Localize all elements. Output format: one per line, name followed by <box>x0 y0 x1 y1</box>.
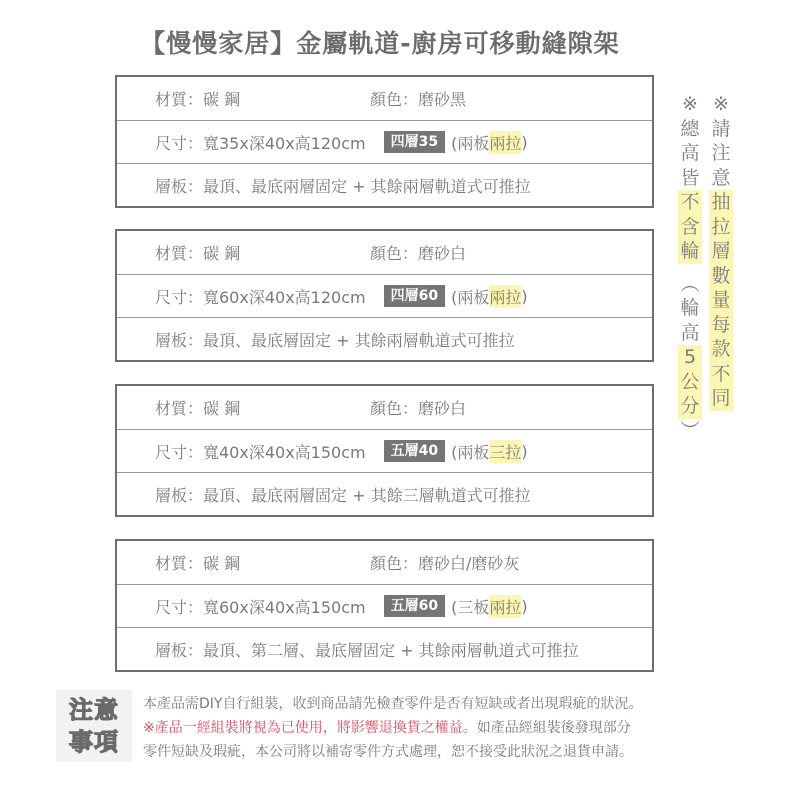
boards-highlight: 三拉 <box>489 440 521 463</box>
side-note-highlight: 5公分 <box>678 345 702 419</box>
boards-open: (兩板 <box>451 440 489 463</box>
color-label: 顏色：磨砂白 <box>370 396 466 419</box>
model-badge: 四層60 <box>384 285 445 307</box>
side-note-paren-open: ︵ <box>678 272 702 297</box>
shelves-label: 層板：最頂、最底層固定 + 其餘兩層軌道式可推拉 <box>155 328 515 351</box>
boards-close: ) <box>521 597 527 616</box>
notice-label-line1: 注意 <box>69 694 119 726</box>
boards-open: (三板 <box>451 595 489 618</box>
notice-label-line2: 事項 <box>69 726 119 758</box>
side-note-highlight: 抽拉層數量每款不同 <box>709 190 733 411</box>
material-color-row: 材質：碳 鋼 顏色：磨砂白/磨砂灰 <box>117 541 652 584</box>
material-color-row: 材質：碳 鋼 顏色：磨砂白 <box>117 386 652 429</box>
side-note-highlight: 不含輪 <box>678 190 702 264</box>
material-color-row: 材質：碳 鋼 顏色：磨砂白 <box>117 231 652 274</box>
side-note-total-height: ※總高皆 不含輪 ︵ 輪高 5公分 ︶ <box>678 92 702 443</box>
shelves-row: 層板：最頂、最底層固定 + 其餘兩層軌道式可推拉 <box>117 317 652 360</box>
side-note-plain: 輪高 <box>678 296 702 345</box>
color-label: 顏色：磨砂黑 <box>370 87 466 110</box>
model-badge: 五層40 <box>384 440 445 462</box>
notice-label: 注意 事項 <box>56 690 132 762</box>
notice-line-2: ※產品一經組裝將視為已使用，將影響退換貨之權益。如產品經組裝後發現部分 <box>143 716 763 740</box>
material-color-row: 材質：碳 鋼 顏色：磨砂黑 <box>117 77 652 120</box>
notice-line-2-rest: 如產品經組裝後發現部分 <box>477 720 631 736</box>
size-label: 尺寸：寬35x深40x高120cm <box>155 131 366 154</box>
size-row: 尺寸：寬35x深40x高120cm 四層35 (兩板兩拉) <box>117 120 652 163</box>
model-badge: 四層35 <box>384 131 445 153</box>
shelves-label: 層板：最頂、最底兩層固定 + 其餘兩層軌道式可推拉 <box>155 174 531 197</box>
boards-highlight: 兩拉 <box>489 131 521 154</box>
spec-card-3: 材質：碳 鋼 顏色：磨砂白 尺寸：寬40x深40x高150cm 五層40 (兩板… <box>115 384 654 517</box>
notice-warning: ※產品一經組裝將視為已使用，將影響退換貨之權益。 <box>143 720 477 736</box>
spec-card-1: 材質：碳 鋼 顏色：磨砂黑 尺寸：寬35x深40x高120cm 四層35 (兩板… <box>115 75 654 208</box>
size-row: 尺寸：寬60x深40x高120cm 四層60 (兩板兩拉) <box>117 274 652 317</box>
notice-text: 本產品需DIY自行組裝，收到商品請先檢查零件是否有短缺或者出現瑕疵的狀況。 ※產… <box>143 692 763 764</box>
side-note-plain: ※總高皆 <box>678 92 702 190</box>
material-label: 材質：碳 鋼 <box>155 551 370 574</box>
notice-line-3: 零件短缺及瑕疵，本公司將以補寄零件方式處理，恕不接受此狀況之退貨申請。 <box>143 740 763 764</box>
material-label: 材質：碳 鋼 <box>155 241 370 264</box>
page-title: 【慢慢家居】金屬軌道-廚房可移動縫隙架 <box>0 24 760 60</box>
material-label: 材質：碳 鋼 <box>155 87 370 110</box>
boards-close: ) <box>521 133 527 152</box>
side-note-drawer-count: ※請注意 抽拉層數量每款不同 <box>709 92 733 411</box>
size-row: 尺寸：寬60x深40x高150cm 五層60 (三板兩拉) <box>117 584 652 627</box>
boards-close: ) <box>521 442 527 461</box>
shelves-label: 層板：最頂、第二層、最底層固定 + 其餘兩層軌道式可推拉 <box>155 638 579 661</box>
notice-line-1: 本產品需DIY自行組裝，收到商品請先檢查零件是否有短缺或者出現瑕疵的狀況。 <box>143 692 763 716</box>
boards-highlight: 兩拉 <box>489 595 521 618</box>
spec-card-4: 材質：碳 鋼 顏色：磨砂白/磨砂灰 尺寸：寬60x深40x高150cm 五層60… <box>115 539 654 672</box>
side-note-paren-close: ︶ <box>678 419 702 444</box>
boards-open: (兩板 <box>451 131 489 154</box>
shelves-row: 層板：最頂、最底兩層固定 + 其餘兩層軌道式可推拉 <box>117 163 652 206</box>
shelves-row: 層板：最頂、最底兩層固定 + 其餘三層軌道式可推拉 <box>117 472 652 515</box>
side-note-plain: ※請注意 <box>709 92 733 190</box>
model-badge: 五層60 <box>384 595 445 617</box>
spec-card-2: 材質：碳 鋼 顏色：磨砂白 尺寸：寬60x深40x高120cm 四層60 (兩板… <box>115 229 654 362</box>
color-label: 顏色：磨砂白/磨砂灰 <box>370 551 519 574</box>
size-label: 尺寸：寬60x深40x高120cm <box>155 285 366 308</box>
color-label: 顏色：磨砂白 <box>370 241 466 264</box>
shelves-label: 層板：最頂、最底兩層固定 + 其餘三層軌道式可推拉 <box>155 483 531 506</box>
size-label: 尺寸：寬40x深40x高150cm <box>155 440 366 463</box>
shelves-row: 層板：最頂、第二層、最底層固定 + 其餘兩層軌道式可推拉 <box>117 627 652 670</box>
material-label: 材質：碳 鋼 <box>155 396 370 419</box>
boards-open: (兩板 <box>451 285 489 308</box>
size-row: 尺寸：寬40x深40x高150cm 五層40 (兩板三拉) <box>117 429 652 472</box>
size-label: 尺寸：寬60x深40x高150cm <box>155 595 366 618</box>
boards-highlight: 兩拉 <box>489 285 521 308</box>
boards-close: ) <box>521 287 527 306</box>
